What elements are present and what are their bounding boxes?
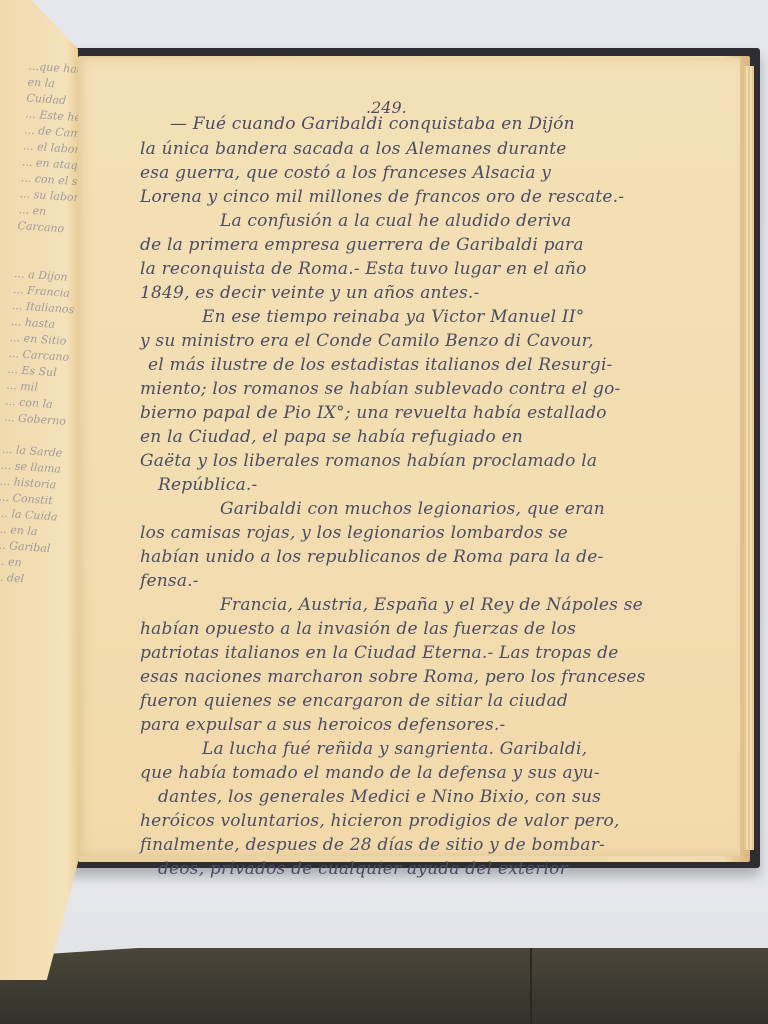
table-surface (0, 948, 768, 1024)
text-line: el más ilustre de los estadistas italian… (148, 355, 613, 375)
text-line: habían unido a los republicanos de Roma … (140, 547, 603, 567)
text-line: los camisas rojas, y los legionarios lom… (140, 523, 568, 543)
text-line: en la Ciudad, el papa se había refugiado… (140, 427, 523, 447)
text-line: la única bandera sacada a los Alemanes d… (140, 139, 567, 159)
text-line: fensa.- (140, 571, 199, 591)
left-page: ...que hacia en la Cuidad ... Este hec .… (0, 0, 78, 980)
text-line: Gaëta y los liberales romanos habían pro… (140, 451, 597, 471)
text-line: esa guerra, que costó a los franceses Al… (140, 163, 551, 183)
text-line: para expulsar a sus heroicos defensores.… (140, 715, 505, 735)
text-line: heróicos voluntarios, hicieron prodigios… (140, 811, 620, 831)
page-edges (744, 66, 754, 850)
text-line: Garibaldi con muchos legionarios, que er… (220, 499, 605, 519)
text-line: La confusión a la cual he aludido deriva (220, 211, 572, 231)
text-line: — Fué cuando Garibaldi conquistaba en Di… (170, 114, 575, 134)
text-line: Lorena y cinco mil millones de francos o… (140, 187, 624, 207)
text-line: bierno papal de Pio IX°; una revuelta ha… (140, 403, 607, 423)
text-line: la reconquista de Roma.- Esta tuvo lugar… (140, 259, 587, 279)
text-line: miento; los romanos se habían sublevado … (140, 379, 620, 399)
text-line: que había tomado el mando de la defensa … (140, 763, 600, 783)
photo-scene: ...que hacia en la Cuidad ... Este hec .… (0, 0, 768, 1024)
text-line: dantes, los generales Medici e Nino Bixi… (158, 787, 601, 807)
text-line: fueron quienes se encargaron de sitiar l… (140, 691, 568, 711)
text-line: deos, privados de cualquier ayuda del ex… (158, 859, 568, 879)
text-line: y su ministro era el Conde Camilo Benzo … (140, 331, 594, 351)
text-line: Francia, Austria, España y el Rey de Náp… (220, 595, 643, 615)
text-line: República.- (158, 475, 257, 495)
text-line: de la primera empresa guerrera de Gariba… (140, 235, 584, 255)
text-line: esas naciones marcharon sobre Roma, pero… (140, 667, 646, 687)
text-line: La lucha fué reñida y sangrienta. Gariba… (202, 739, 587, 759)
text-line: habían opuesto a la invasión de las fuer… (140, 619, 576, 639)
text-line: En ese tiempo reinaba ya Victor Manuel I… (202, 307, 584, 327)
text-line: finalmente, despues de 28 días de sitio … (140, 835, 605, 855)
table-seam (530, 948, 532, 1024)
text-line: patriotas italianos en la Ciudad Eterna.… (140, 643, 618, 663)
text-line: 1849, es decir veinte y un años antes.- (140, 283, 479, 303)
